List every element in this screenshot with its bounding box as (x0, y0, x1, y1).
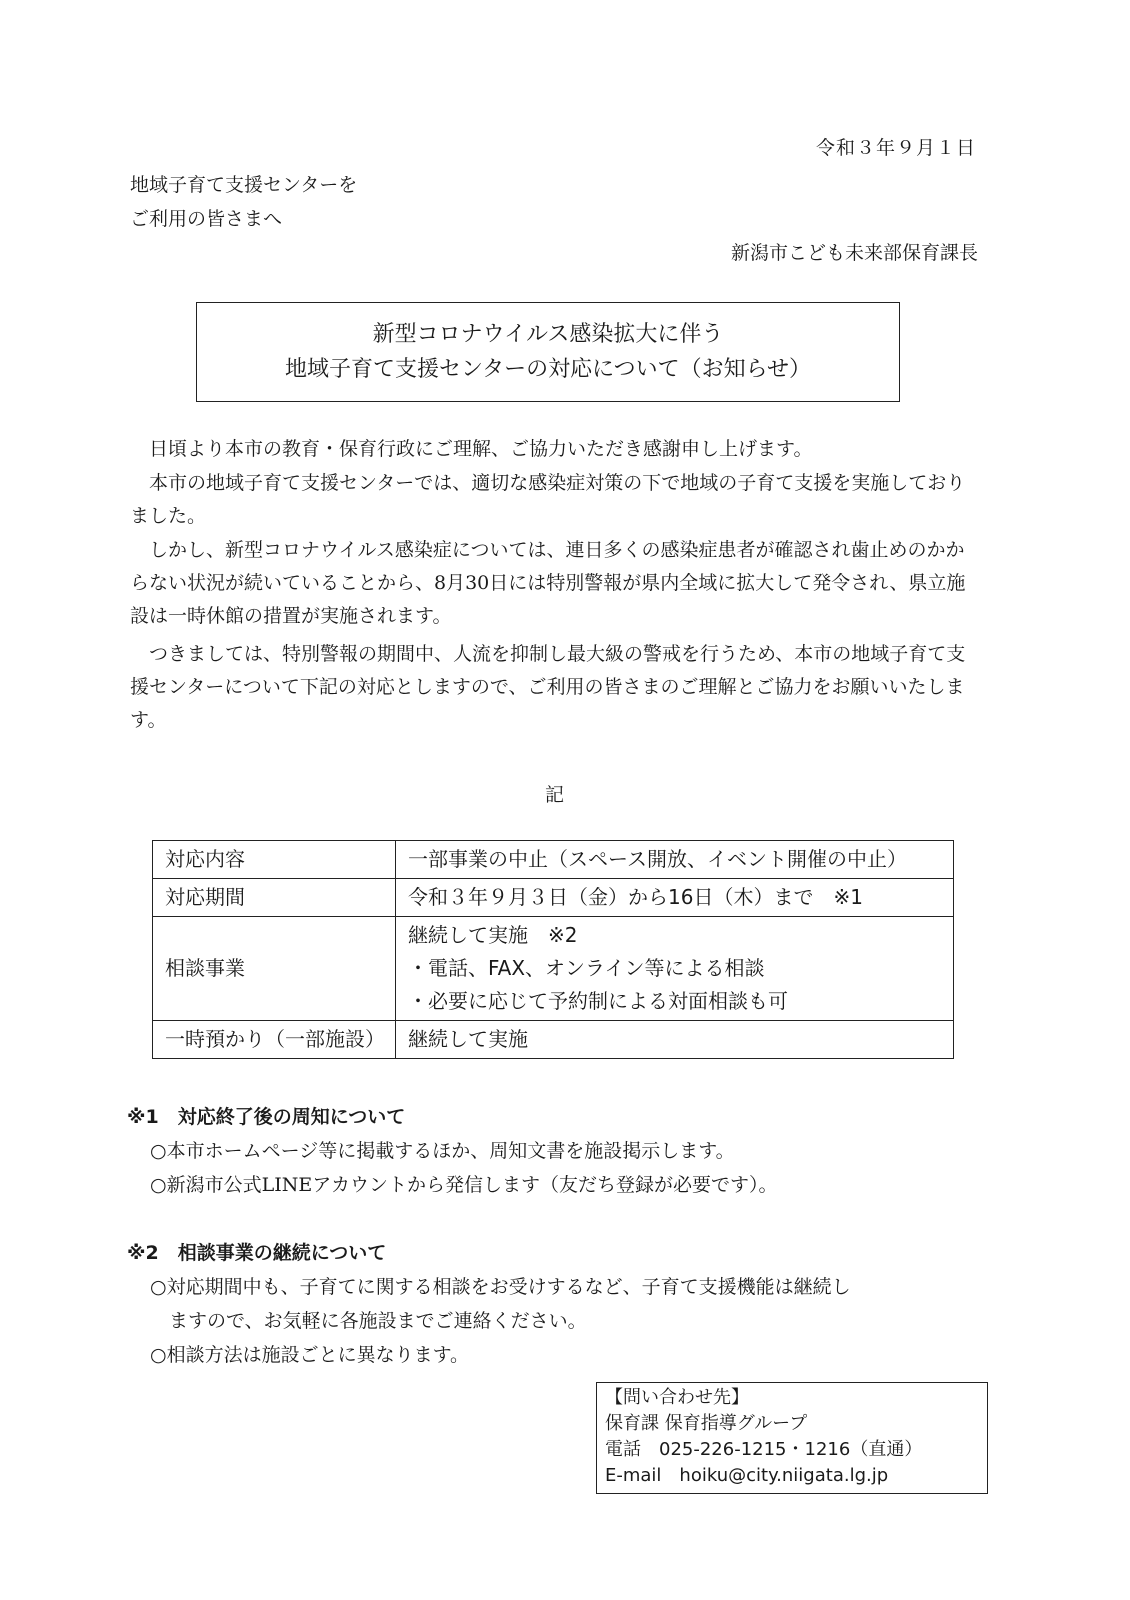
recipient-line-2: ご利用の皆さまへ (130, 204, 282, 231)
row-label: 一時預かり（一部施設） (153, 1021, 396, 1059)
row-value-line: 継続して実施 ※2 (408, 919, 941, 952)
note-2-item: ますので、お気軽に各施設までご連絡ください。 (150, 1306, 587, 1333)
table-row: 対応期間 令和３年９月３日（金）から16日（木）まで ※1 (153, 879, 954, 917)
paragraph-1: 日頃より本市の教育・保育行政にご理解、ご協力いただき感謝申し上げます。 (130, 433, 980, 466)
row-value-line: ・電話、FAX、オンライン等による相談 (408, 952, 941, 985)
contact-box: 【問い合わせ先】 保育課 保育指導グループ 電話 025-226-1215・12… (596, 1382, 988, 1494)
note-2-item: ○相談方法は施設ごとに異なります。 (150, 1340, 469, 1367)
note-1-item: ○新潟市公式LINEアカウントから発信します（友だち登録が必要です）。 (150, 1170, 778, 1197)
contact-phone: 電話 025-226-1215・1216（直通） (605, 1437, 979, 1463)
document-date: 令和３年９月１日 (816, 133, 976, 160)
table-row: 対応内容 一部事業の中止（スペース開放、イベント開催の中止） (153, 841, 954, 879)
row-value: 継続して実施 (396, 1021, 954, 1059)
contact-department: 保育課 保育指導グループ (605, 1411, 979, 1437)
note-2-item: ○対応期間中も、子育てに関する相談をお受けするなど、子育て支援機能は継続し (150, 1272, 851, 1299)
paragraph-3: しかし、新型コロナウイルス感染症については、連日多くの感染症患者が確認され歯止め… (130, 534, 980, 633)
row-value: 継続して実施 ※2 ・電話、FAX、オンライン等による相談 ・必要に応じて予約制… (396, 917, 954, 1021)
note-1-item: ○本市ホームページ等に掲載するほか、周知文書を施設掲示します。 (150, 1136, 735, 1163)
table-row: 相談事業 継続して実施 ※2 ・電話、FAX、オンライン等による相談 ・必要に応… (153, 917, 954, 1021)
row-label: 対応期間 (153, 879, 396, 917)
contact-email[interactable]: E-mail hoiku@city.niigata.lg.jp (605, 1463, 979, 1489)
measures-table: 対応内容 一部事業の中止（スペース開放、イベント開催の中止） 対応期間 令和３年… (152, 840, 954, 1059)
sender: 新潟市こども未来部保育課長 (731, 238, 978, 265)
title-box: 新型コロナウイルス感染拡大に伴う 地域子育て支援センターの対応について（お知らせ… (196, 302, 900, 402)
contact-heading: 【問い合わせ先】 (605, 1385, 979, 1411)
title-line-1: 新型コロナウイルス感染拡大に伴う (373, 317, 724, 352)
note-1-heading: ※1 対応終了後の周知について (127, 1102, 405, 1129)
row-label: 相談事業 (153, 917, 396, 1021)
row-value: 令和３年９月３日（金）から16日（木）まで ※1 (396, 879, 954, 917)
title-line-2: 地域子育て支援センターの対応について（お知らせ） (285, 352, 811, 387)
row-value-line: ・必要に応じて予約制による対面相談も可 (408, 985, 941, 1018)
note-2-heading: ※2 相談事業の継続について (127, 1238, 386, 1265)
ki-heading: 記 (545, 780, 564, 807)
row-value: 一部事業の中止（スペース開放、イベント開催の中止） (396, 841, 954, 879)
paragraph-2: 本市の地域子育て支援センターでは、適切な感染症対策の下で地域の子育て支援を実施し… (130, 467, 980, 533)
row-label: 対応内容 (153, 841, 396, 879)
table-row: 一時預かり（一部施設） 継続して実施 (153, 1021, 954, 1059)
paragraph-4: つきましては、特別警報の期間中、人流を抑制し最大級の警戒を行うため、本市の地域子… (130, 638, 980, 737)
recipient-line-1: 地域子育て支援センターを (130, 170, 357, 197)
